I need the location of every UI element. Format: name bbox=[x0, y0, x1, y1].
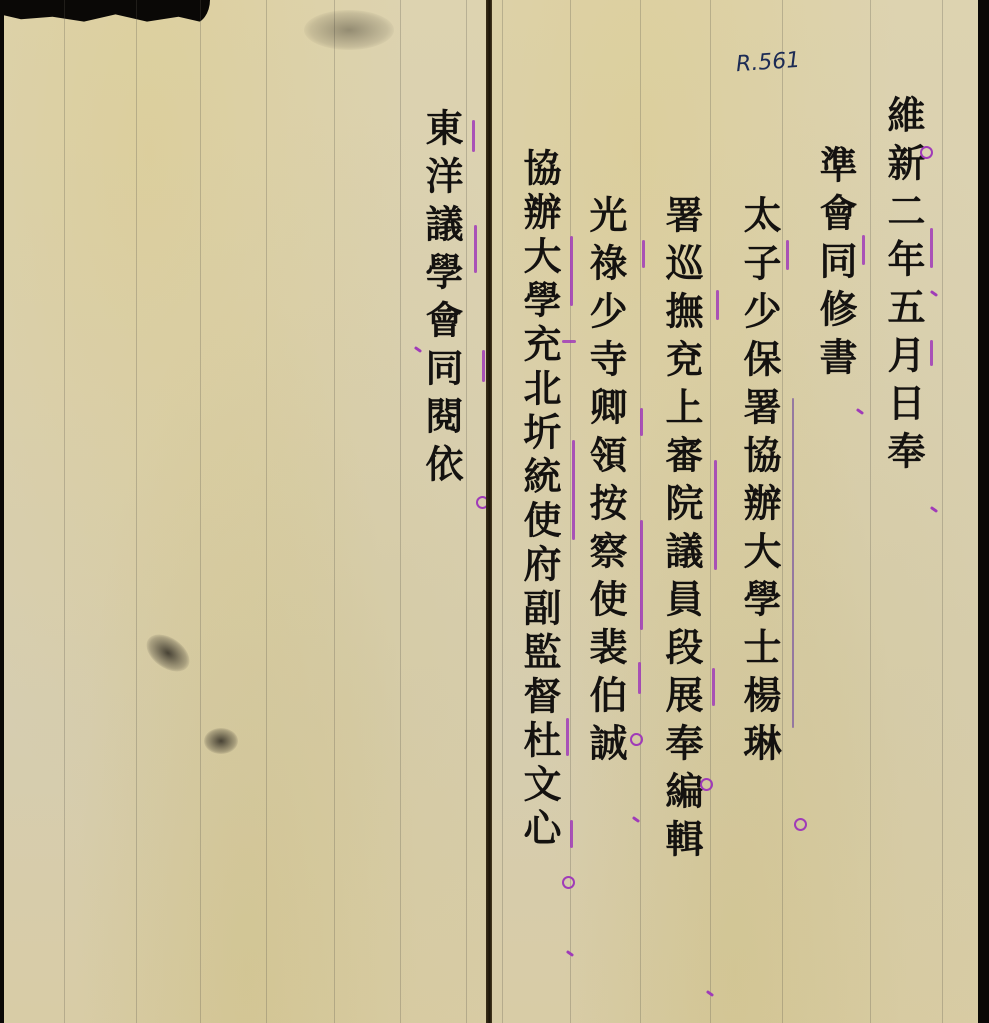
annotation-mark bbox=[786, 240, 789, 270]
page-edge bbox=[978, 0, 989, 1023]
annotation-mark bbox=[572, 440, 575, 540]
ruled-line bbox=[502, 0, 503, 1023]
annotation-mark bbox=[716, 290, 719, 320]
annotation-mark bbox=[638, 662, 641, 694]
annotation-mark bbox=[570, 820, 573, 848]
ink-stain bbox=[140, 627, 197, 679]
annotation-mark bbox=[640, 408, 643, 436]
ruled-line bbox=[266, 0, 267, 1023]
annotation-circle bbox=[920, 146, 933, 159]
annotation-mark bbox=[474, 225, 477, 273]
column-date-line: 維新二年五月日奉 bbox=[884, 95, 922, 479]
annotation-cross bbox=[562, 340, 576, 343]
column-official-1: 太子少保署協辦大學士楊琳 bbox=[740, 195, 778, 771]
left-page: 東洋議學會同閱依 bbox=[4, 0, 488, 1023]
annotation-circle bbox=[562, 876, 575, 889]
column-review-line: 東洋議學會同閱依 bbox=[422, 108, 460, 492]
annotation-mark bbox=[570, 236, 573, 306]
column-mandate-line: 準會同修書 bbox=[816, 145, 854, 385]
column-official-2: 署巡撫兗上審院議員段展奉編輯 bbox=[662, 195, 700, 867]
ruled-line bbox=[400, 0, 401, 1023]
column-official-3: 光祿少寺卿領按察使裴伯誠 bbox=[586, 195, 624, 771]
annotation-mark bbox=[642, 240, 645, 268]
annotation-mark bbox=[930, 228, 933, 268]
ruled-line bbox=[570, 0, 571, 1023]
annotation-mark bbox=[566, 718, 569, 756]
annotation-mark bbox=[712, 668, 715, 706]
annotation-line bbox=[792, 398, 794, 728]
annotation-mark bbox=[472, 120, 475, 152]
ruled-line bbox=[64, 0, 65, 1023]
ruled-line bbox=[466, 0, 467, 1023]
annotation-mark bbox=[714, 460, 717, 570]
annotation-mark bbox=[862, 235, 865, 265]
ruled-line bbox=[136, 0, 137, 1023]
ruled-line bbox=[640, 0, 641, 1023]
column-official-4: 協辦大學充北圻統使府副監督杜文心 bbox=[520, 148, 558, 852]
ruled-line bbox=[870, 0, 871, 1023]
annotation-circle bbox=[700, 778, 713, 791]
catalog-number: R.561 bbox=[735, 48, 801, 77]
annotation-mark bbox=[930, 340, 933, 366]
annotation-mark bbox=[482, 350, 485, 382]
ruled-line bbox=[942, 0, 943, 1023]
manuscript-scan: 東洋議學會同閱依 R.561 維新二年五月日奉 準會同修書 太子少保署協辦大學士… bbox=[0, 0, 989, 1023]
annotation-mark bbox=[640, 520, 643, 630]
ruled-line bbox=[710, 0, 711, 1023]
ink-stain bbox=[204, 728, 238, 754]
annotation-circle bbox=[794, 818, 807, 831]
ink-stain bbox=[304, 10, 394, 50]
ruled-line bbox=[200, 0, 201, 1023]
ruled-line bbox=[782, 0, 783, 1023]
ruled-line bbox=[334, 0, 335, 1023]
annotation-circle bbox=[630, 733, 643, 746]
